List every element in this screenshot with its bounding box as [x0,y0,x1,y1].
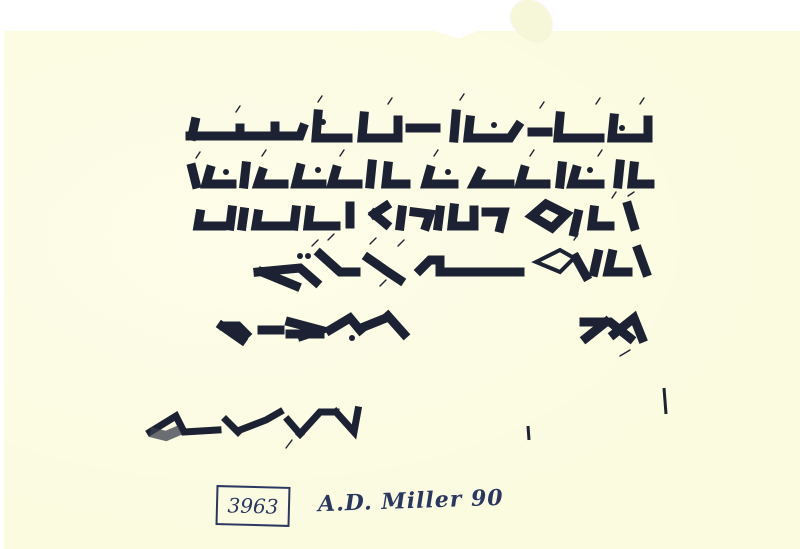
calligraphy-line-5 [222,316,404,341]
calligraphy-drawing [0,0,800,549]
calligraphy-line-3 [198,192,634,240]
calligraphy-line-7 [150,410,358,448]
calligraphy-line-1 [190,94,648,138]
calligraphy-line-6 [528,318,666,440]
catalog-number: 3963 [227,493,279,518]
catalog-number-box: 3963 [215,485,290,527]
calligraphy-line-2 [192,150,650,184]
calligraphy-line-4 [258,234,646,286]
